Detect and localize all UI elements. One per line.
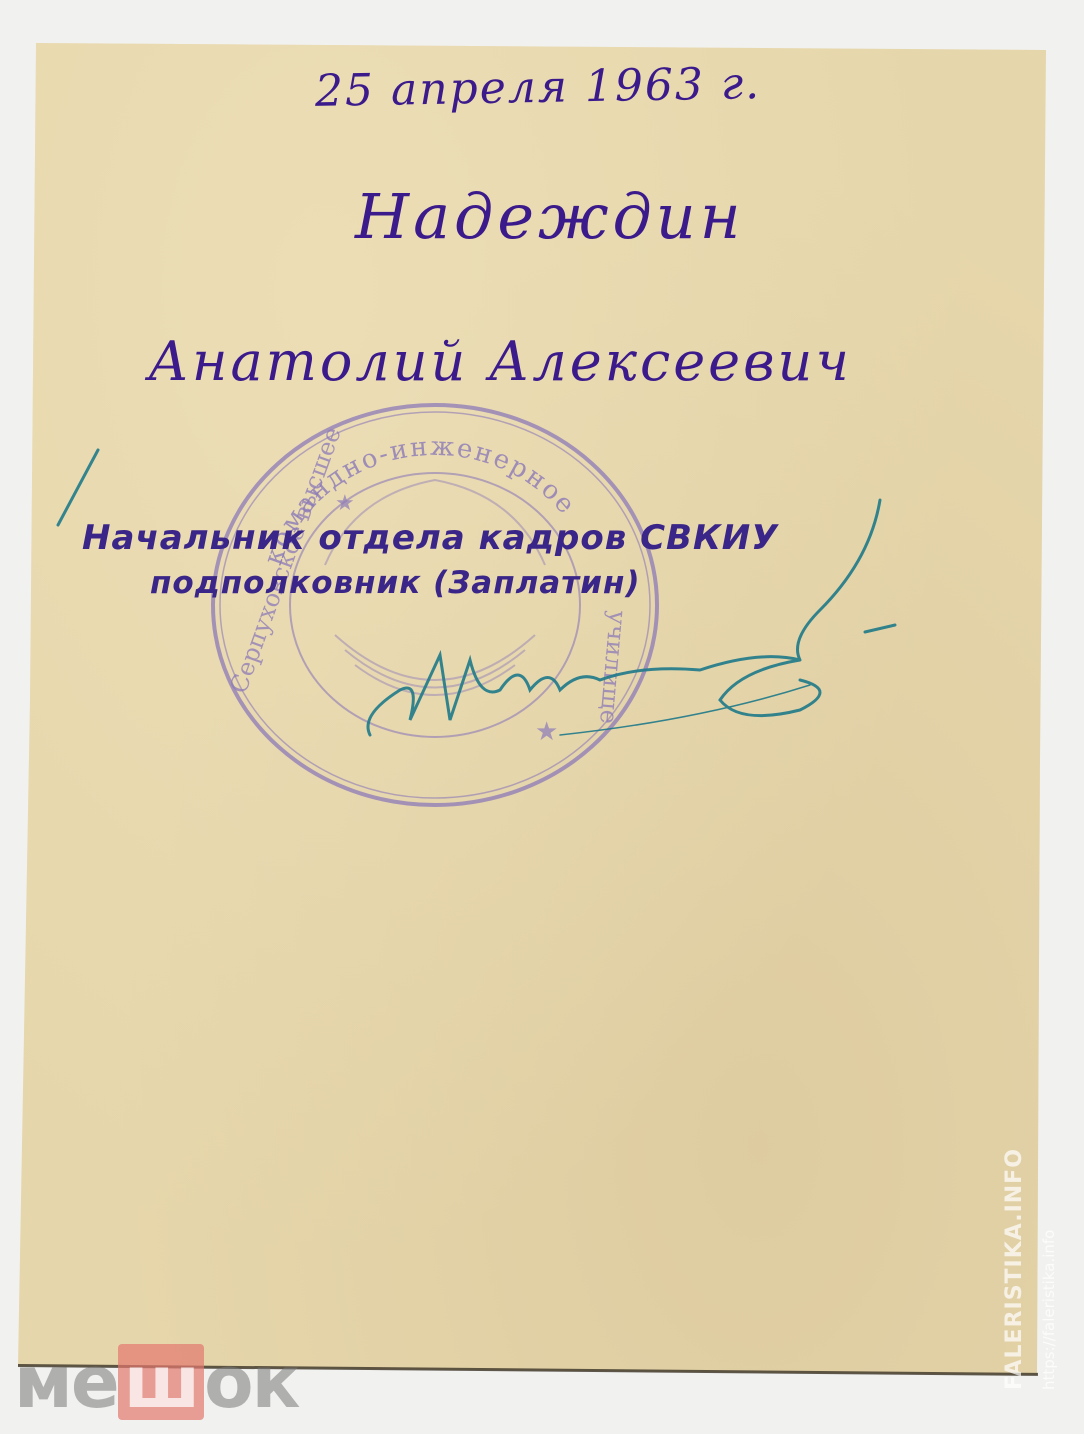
svg-text:★: ★	[335, 491, 355, 516]
handwritten-date: 25 апреля 1963 г.	[315, 58, 762, 117]
stamp-name-line: подполковник (Заплатин)	[150, 565, 641, 601]
meshok-watermark: мешок	[14, 1340, 299, 1424]
handwritten-surname: Надеждин	[355, 180, 745, 253]
handwritten-given-names: Анатолий Алексеевич	[148, 330, 852, 393]
svg-text:★: ★	[535, 717, 558, 747]
svg-text:Серпуховское высшее: Серпуховское высшее	[224, 423, 346, 697]
faleristika-url-watermark: https://faleristika.info	[1040, 1230, 1058, 1390]
faleristika-watermark: FALERISTIKA.INFO	[1002, 1148, 1027, 1390]
stamp-title-line: Начальник отдела кадров СВКИУ	[82, 518, 778, 558]
round-seal-icon: командно-инженерное ★ ★ Серпуховское выс…	[205, 395, 665, 815]
